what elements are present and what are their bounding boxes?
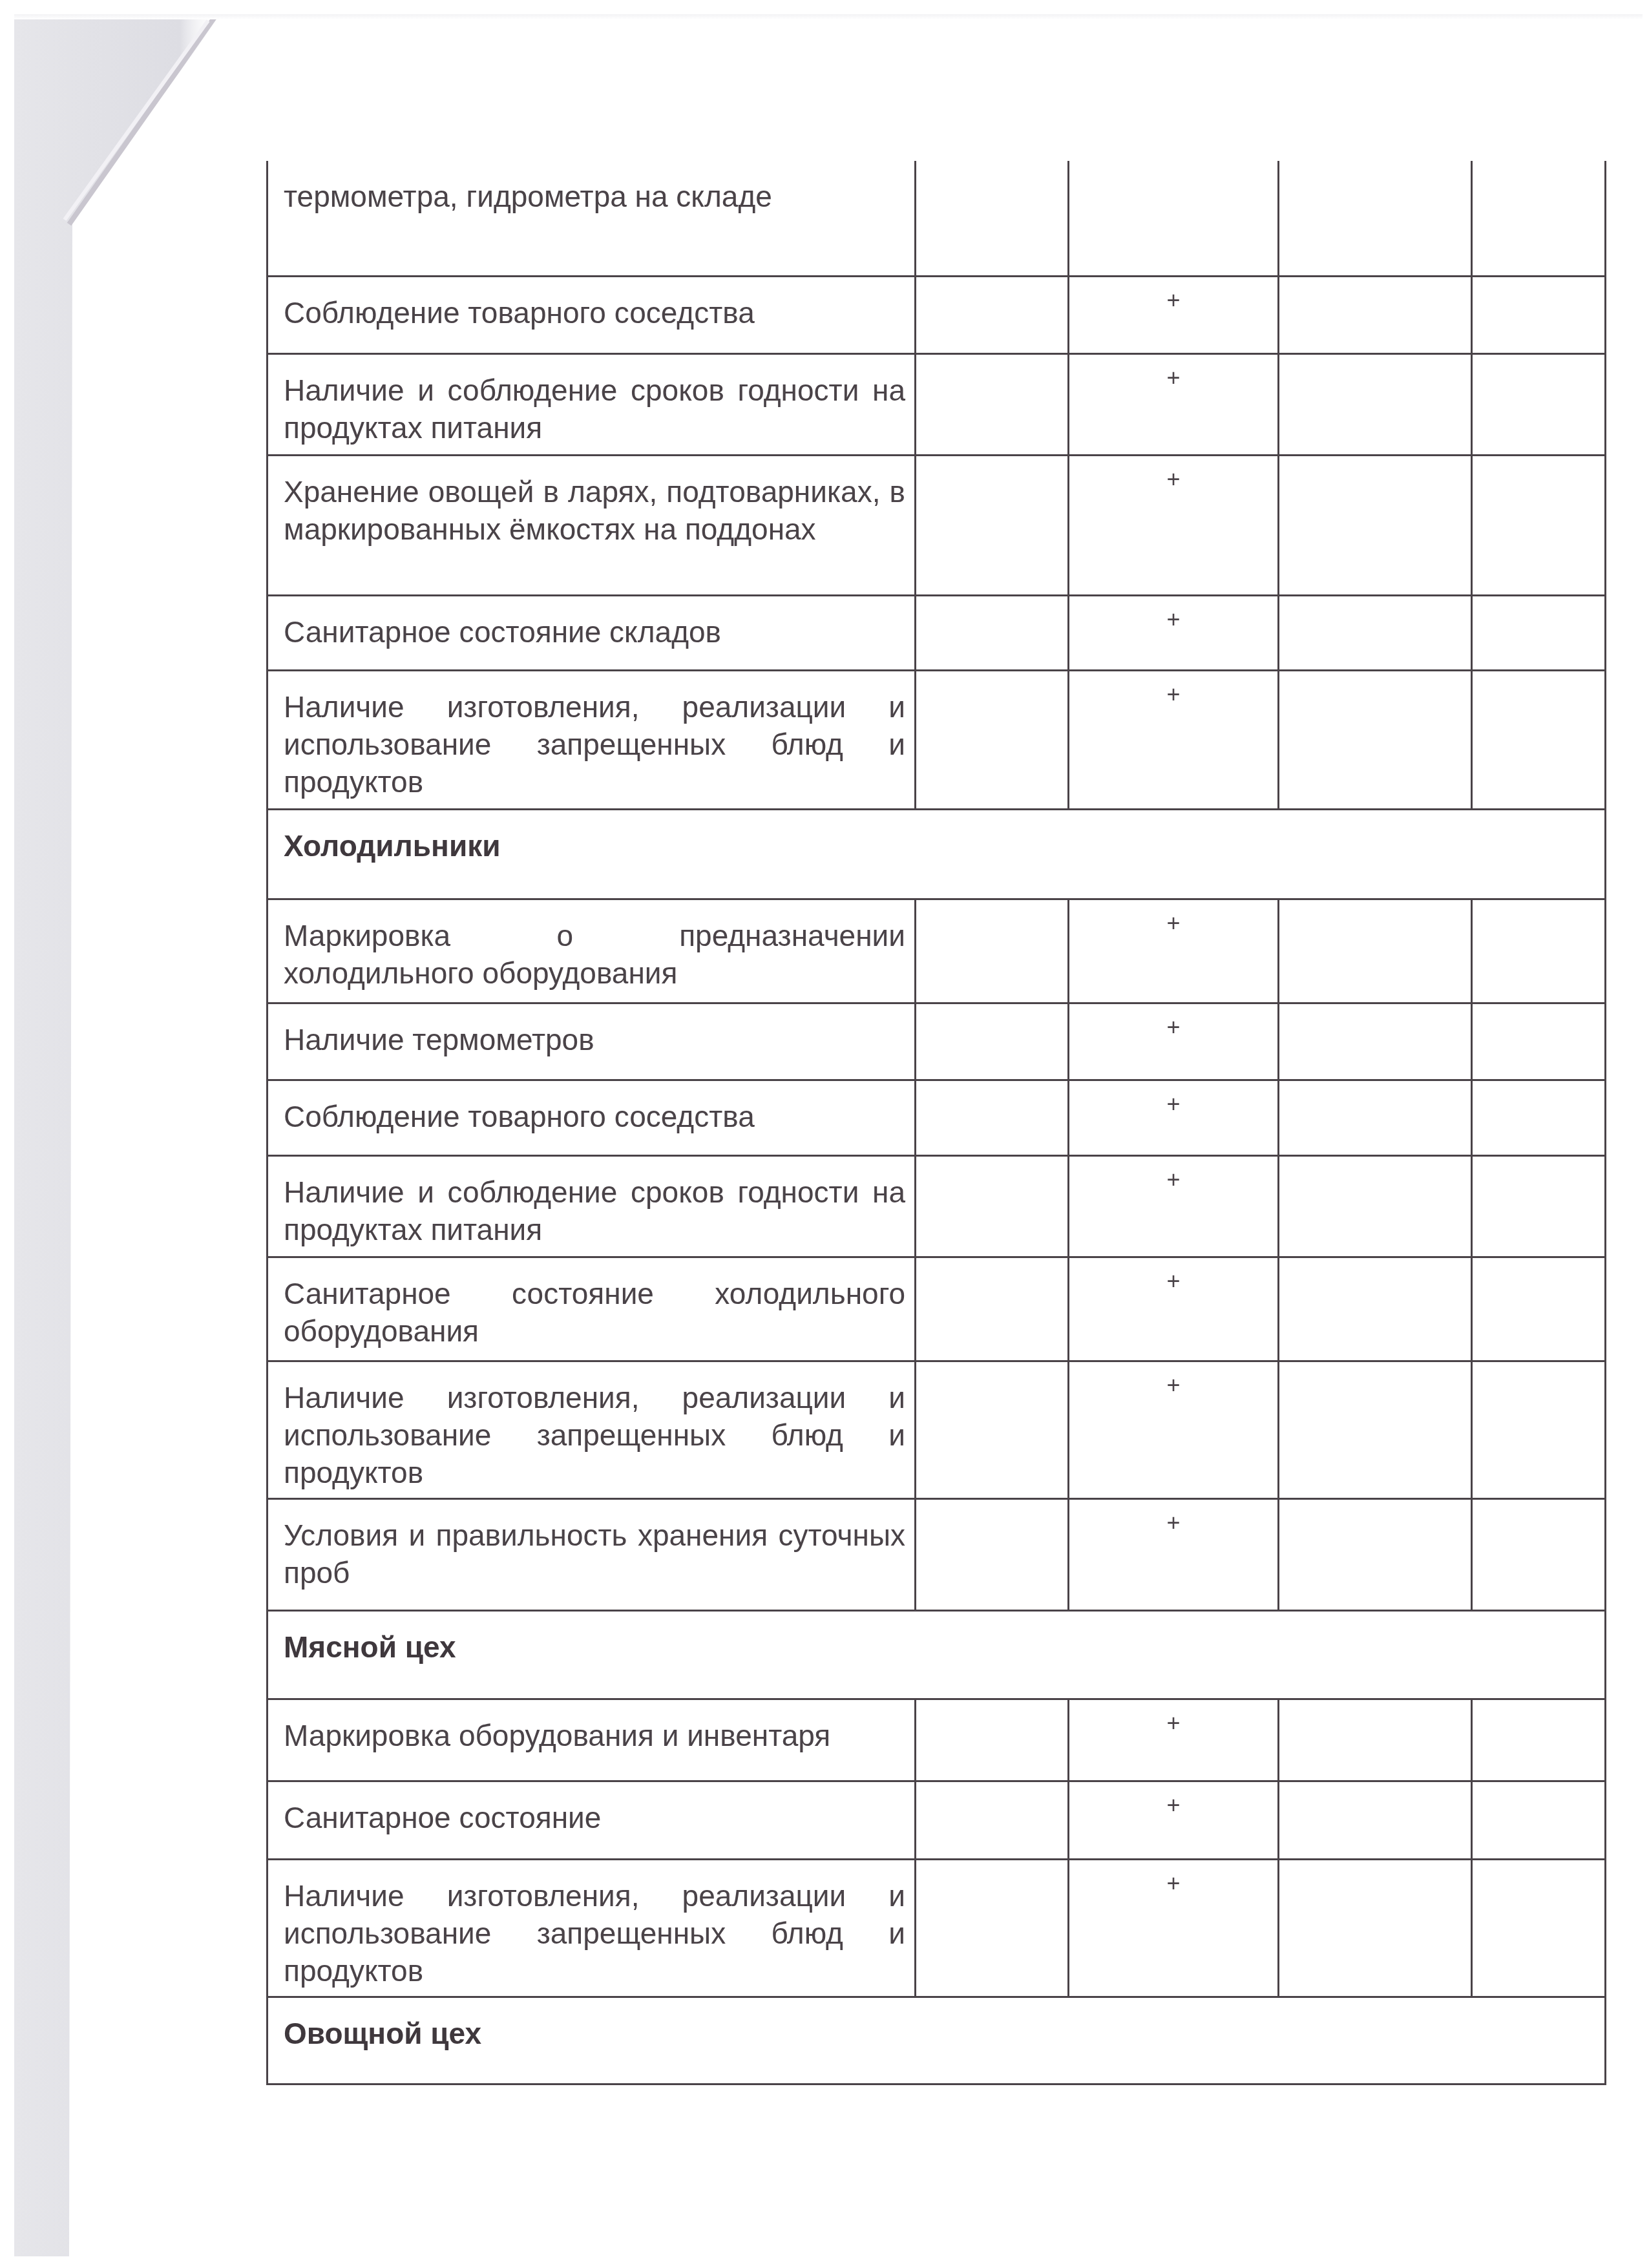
section-heading: Холодильники [268,809,1606,899]
table-row: Санитарное состояние+ [268,1781,1606,1859]
mark-cell-1 [916,1361,1069,1498]
mark-cell-4 [1472,670,1606,809]
mark-cell-1 [916,1781,1069,1859]
mark-cell-4 [1472,1781,1606,1859]
table-row: Хранение овощей в ларях, подтоварниках, … [268,455,1606,595]
mark-cell-1 [916,455,1069,595]
mark-cell-3 [1279,1859,1472,1997]
mark-cell-3 [1279,1257,1472,1361]
mark-cell-1 [916,276,1069,353]
criterion-cell: Санитарное состояние складов [268,595,916,670]
mark-cell-3 [1279,1003,1472,1080]
mark-cell-4 [1472,276,1606,353]
mark-cell-3 [1279,595,1472,670]
mark-cell-3 [1279,1699,1472,1781]
mark-cell-3 [1279,1498,1472,1610]
mark-cell-2: + [1069,670,1279,809]
section-heading: Мясной цех [268,1610,1606,1699]
mark-cell-2: + [1069,1155,1279,1257]
table-row: Наличие изготовления, реализации и испол… [268,1361,1606,1498]
mark-cell-2: + [1069,276,1279,353]
mark-cell-4 [1472,1859,1606,1997]
mark-cell-3 [1279,1781,1472,1859]
section-row: Мясной цех [268,1610,1606,1699]
mark-cell-3 [1279,455,1472,595]
table-row: термометра, гидрометра на складе [268,161,1606,276]
criterion-cell: Наличие термометров [268,1003,916,1080]
table-row: Маркировка оборудования и инвентаря+ [268,1699,1606,1781]
section-heading: Овощной цех [268,1997,1606,2084]
table-row: Наличие термометров+ [268,1003,1606,1080]
mark-cell-1 [916,1859,1069,1997]
mark-cell-1 [916,1699,1069,1781]
mark-cell-4 [1472,1699,1606,1781]
table-row: Наличие и соблюдение сроков годности на … [268,1155,1606,1257]
mark-cell-1 [916,1155,1069,1257]
mark-cell-4 [1472,455,1606,595]
mark-cell-4 [1472,161,1606,276]
mark-cell-2: + [1069,353,1279,455]
inspection-checklist-table: термометра, гидрометра на складеСоблюден… [266,161,1606,2085]
mark-cell-1 [916,670,1069,809]
table-row: Условия и правильность хранения суточных… [268,1498,1606,1610]
table-row: Соблюдение товарного соседства+ [268,276,1606,353]
section-row: Холодильники [268,809,1606,899]
criterion-cell: Наличие изготовления, реализации и испол… [268,670,916,809]
mark-cell-2: + [1069,455,1279,595]
mark-cell-4 [1472,1155,1606,1257]
criterion-cell: Соблюдение товарного соседства [268,1080,916,1155]
mark-cell-4 [1472,899,1606,1003]
criterion-cell: Соблюдение товарного соседства [268,276,916,353]
mark-cell-4 [1472,1003,1606,1080]
table-row: Наличие изготовления, реализации и испол… [268,1859,1606,1997]
mark-cell-4 [1472,1080,1606,1155]
table-row: Санитарное состояние складов+ [268,595,1606,670]
mark-cell-2: + [1069,1003,1279,1080]
criterion-cell: Наличие изготовления, реализации и испол… [268,1859,916,1997]
mark-cell-4 [1472,353,1606,455]
section-row: Овощной цех [268,1997,1606,2084]
criterion-cell: Санитарное состояние холодильного оборуд… [268,1257,916,1361]
mark-cell-2: + [1069,1859,1279,1997]
checklist-body: термометра, гидрометра на складеСоблюден… [268,161,1606,2084]
mark-cell-2: + [1069,595,1279,670]
mark-cell-2: + [1069,899,1279,1003]
mark-cell-1 [916,1003,1069,1080]
mark-cell-4 [1472,1257,1606,1361]
mark-cell-4 [1472,595,1606,670]
table-row: Маркировка о предназначении холодильного… [268,899,1606,1003]
criterion-cell: Маркировка оборудования и инвентаря [268,1699,916,1781]
mark-cell-1 [916,595,1069,670]
criterion-cell: Маркировка о предназначении холодильного… [268,899,916,1003]
criterion-cell: Хранение овощей в ларях, подтоварниках, … [268,455,916,595]
mark-cell-2: + [1069,1781,1279,1859]
mark-cell-2: + [1069,1498,1279,1610]
mark-cell-1 [916,1257,1069,1361]
mark-cell-2: + [1069,1699,1279,1781]
table-row: Санитарное состояние холодильного оборуд… [268,1257,1606,1361]
mark-cell-3 [1279,161,1472,276]
mark-cell-3 [1279,353,1472,455]
table-row: Соблюдение товарного соседства+ [268,1080,1606,1155]
mark-cell-3 [1279,1080,1472,1155]
mark-cell-3 [1279,1361,1472,1498]
table-row: Наличие изготовления, реализации и испол… [268,670,1606,809]
mark-cell-1 [916,161,1069,276]
criterion-cell: Условия и правильность хранения суточных… [268,1498,916,1610]
mark-cell-1 [916,1498,1069,1610]
mark-cell-3 [1279,670,1472,809]
mark-cell-4 [1472,1361,1606,1498]
mark-cell-3 [1279,276,1472,353]
mark-cell-1 [916,899,1069,1003]
mark-cell-3 [1279,1155,1472,1257]
mark-cell-2: + [1069,1361,1279,1498]
criterion-cell: Санитарное состояние [268,1781,916,1859]
criterion-cell: Наличие и соблюдение сроков годности на … [268,353,916,455]
mark-cell-2: + [1069,1257,1279,1361]
mark-cell-2 [1069,161,1279,276]
mark-cell-4 [1472,1498,1606,1610]
criterion-cell: Наличие изготовления, реализации и испол… [268,1361,916,1498]
scan-edge [14,14,1643,19]
criterion-cell: Наличие и соблюдение сроков годности на … [268,1155,916,1257]
criterion-cell: термометра, гидрометра на складе [268,161,916,276]
mark-cell-1 [916,353,1069,455]
scan-fold-artifact [14,14,227,2256]
mark-cell-1 [916,1080,1069,1155]
mark-cell-3 [1279,899,1472,1003]
mark-cell-2: + [1069,1080,1279,1155]
table-row: Наличие и соблюдение сроков годности на … [268,353,1606,455]
